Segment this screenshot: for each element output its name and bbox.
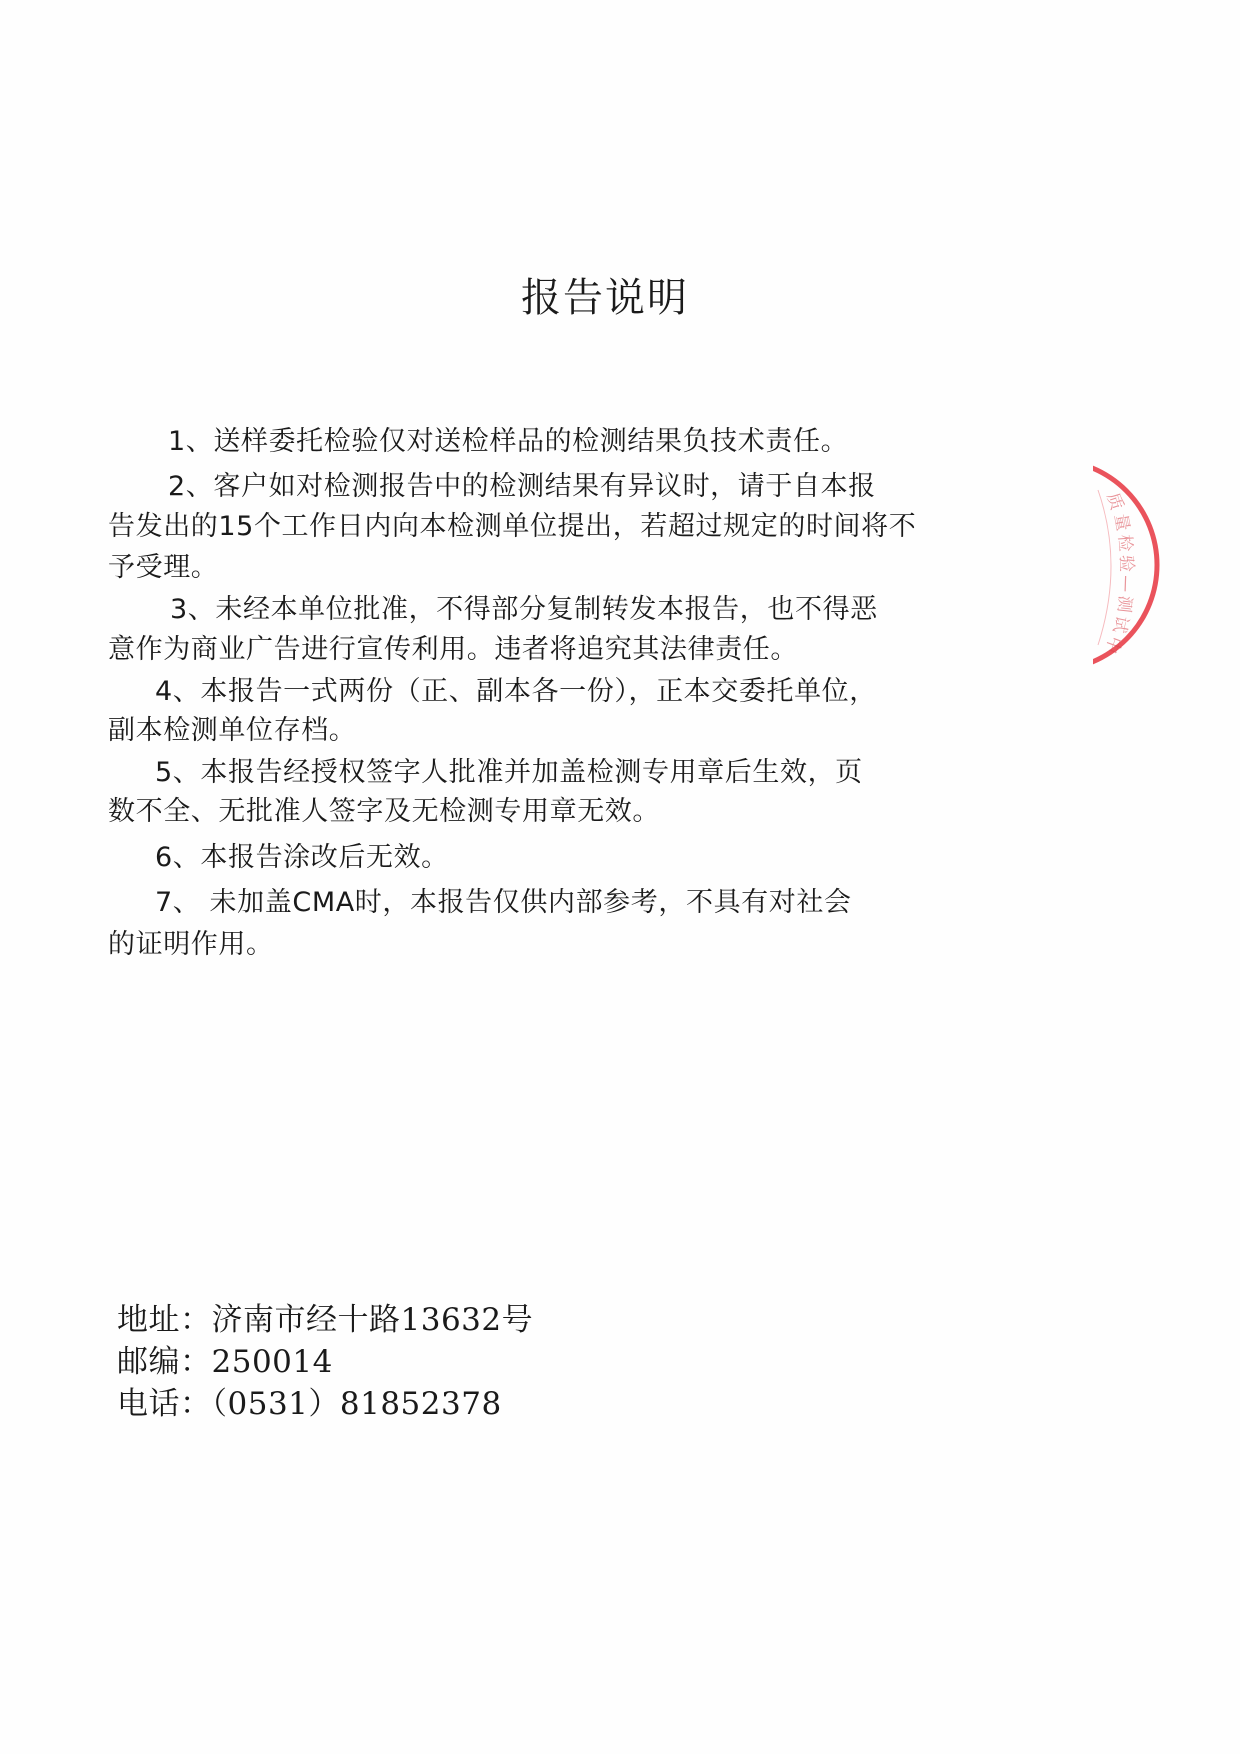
svg-text:试: 试 [1109,614,1132,635]
page-title: 报告说明 [0,276,1210,320]
contact-address: 地址：济南市经十路13632号 [117,1302,533,1338]
contact-postcode: 邮编：250014 [117,1344,333,1380]
item-3-line-2: 意作为商业广告进行宣传利用。违者将追究其法律责任。 [108,634,798,666]
item-6-line-1: 6、本报告涂改后无效。 [155,842,449,874]
item-4-line-2: 副本检测单位存档。 [108,715,356,747]
item-7-line-1: 7、 未加盖CMA时，本报告仅供内部参考，不具有对社会 [155,887,852,919]
item-2-line-3: 予受理。 [108,552,218,584]
item-3-line-1: 3、未经本单位批准，不得部分复制转发本报告，也不得恶 [170,594,878,626]
report-page: 报告说明 1、送样委托检验仅对送检样品的检测结果负技术责任。 2、客户如对检测报… [0,0,1240,1754]
svg-text:—: — [1115,575,1136,593]
svg-text:检: 检 [1114,534,1135,552]
svg-text:中: 中 [1100,633,1125,656]
postcode-value: 250014 [212,1344,333,1380]
phone-label: 电话： [117,1386,212,1422]
contact-phone: 电话：（0531）81852378 [117,1386,502,1422]
item-5-line-1: 5、本报告经授权签字人批准并加盖检测专用章后生效，页 [155,757,863,789]
item-5-line-2: 数不全、无批准人签字及无检测专用章无效。 [108,796,660,828]
item-2-line-1: 2、客户如对检测报告中的检测结果有异议时，请于自本报 [168,471,876,503]
svg-text:质: 质 [1102,490,1126,512]
postcode-label: 邮编： [117,1344,212,1380]
item-2-line-2: 告发出的15个工作日内向本检测单位提出，若超过规定的时间将不 [108,511,916,543]
address-value: 济南市经十路13632号 [212,1302,534,1338]
phone-value: （0531）81852378 [212,1386,502,1422]
item-4-line-1: 4、本报告一式两份（正、副本各一份），正本交委托单位， [155,676,877,708]
address-label: 地址： [117,1302,212,1338]
item-7-line-2: 的证明作用。 [108,929,274,961]
svg-text:量: 量 [1110,512,1133,532]
svg-text:验: 验 [1116,555,1136,572]
item-1-line-1: 1、送样委托检验仅对送检样品的检测结果负技术责任。 [168,426,848,458]
svg-text:测: 测 [1113,594,1135,613]
official-seal-stamp: 质 量 检 验 — 测 试 中 [1000,455,1170,675]
